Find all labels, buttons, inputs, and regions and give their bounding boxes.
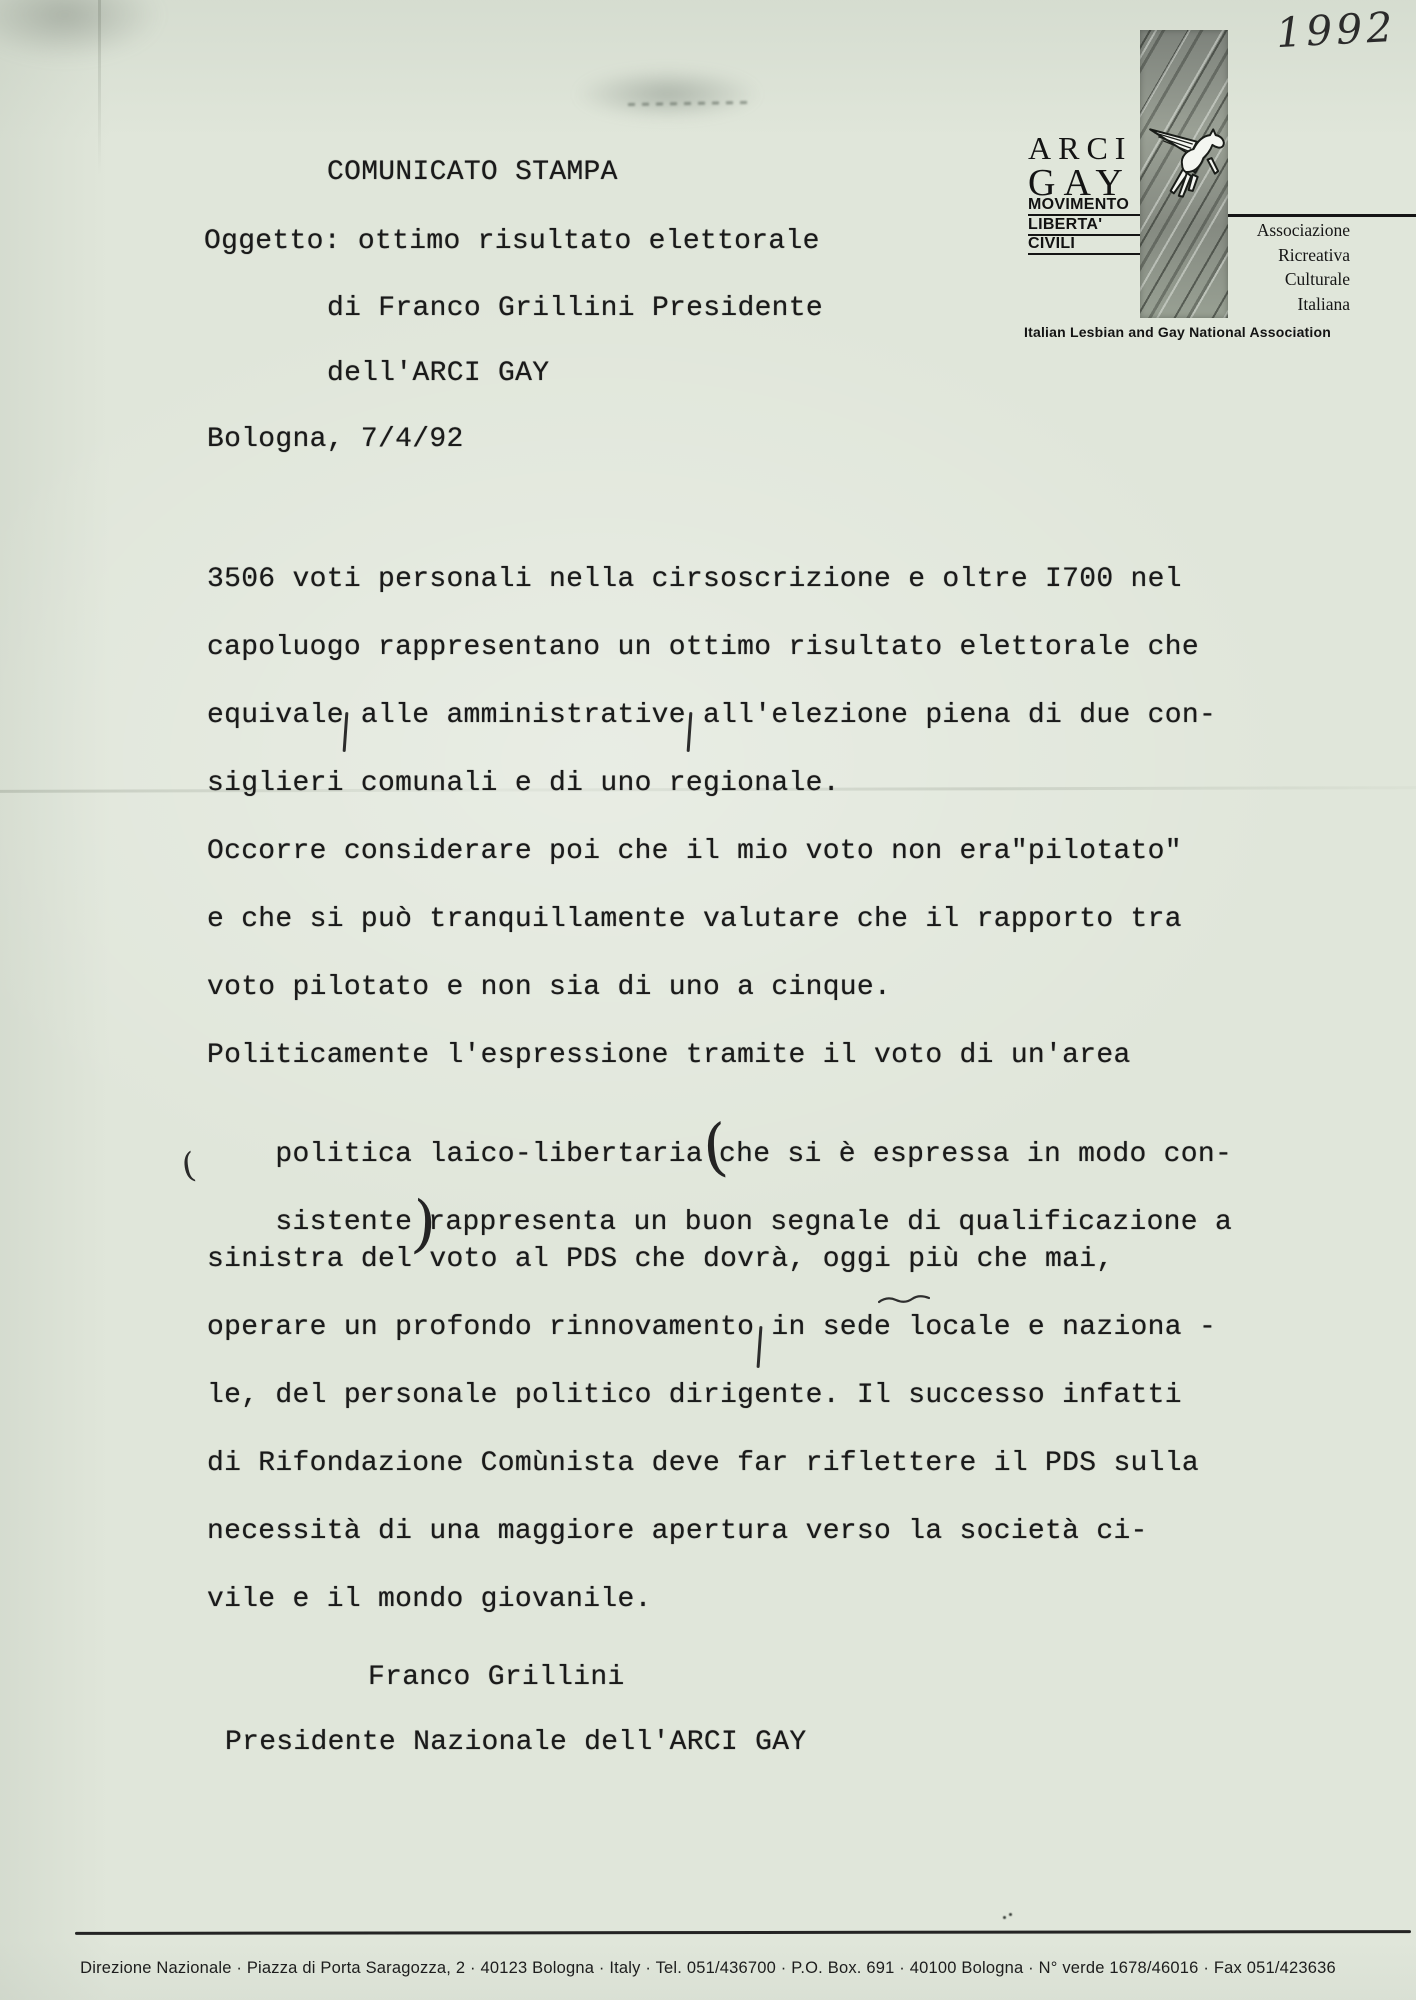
body-line: capoluogo rappresentano un ottimo risult…	[207, 632, 1199, 663]
footer-address: Direzione Nazionale · Piazza di Porta Sa…	[0, 1959, 1416, 1978]
body-line: siglieri comunali e di uno regionale.	[207, 768, 840, 799]
body-line: Occorre considerare poi che il mio voto …	[207, 836, 1182, 867]
press-release-title: COMUNICATO STAMPA	[327, 157, 618, 188]
logo-movement-item: CIVILI	[1028, 236, 1140, 255]
logo-horizontal-rule	[1228, 214, 1416, 217]
body-line: necessità di una maggiore apertura verso…	[207, 1516, 1148, 1547]
body-line-text: rappresenta un buon segnale di qualifica…	[428, 1207, 1232, 1238]
paper-corner-shade	[0, 0, 160, 60]
paper-speck	[1003, 1916, 1006, 1919]
logo-movement-list: MOVIMENTO LIBERTA' CIVILI	[1028, 197, 1140, 256]
body-line: e che si può tranquillamente valutare ch…	[207, 904, 1182, 935]
body-line: vile e il mondo giovanile.	[207, 1584, 652, 1615]
body-line: operare un profondo rinnovamento in sede…	[207, 1312, 1216, 1343]
logo-association-name: Associazione Ricreativa Culturale Italia…	[1226, 218, 1350, 316]
logo-movement-item: MOVIMENTO	[1028, 197, 1140, 216]
paper-crease-vertical	[98, 0, 101, 175]
signature-name: Franco Grillini	[368, 1662, 625, 1693]
body-line: sinistra del voto al PDS che dovrà, oggi…	[207, 1244, 1113, 1275]
handwritten-paren-open: (	[703, 1147, 719, 1148]
paper-smudge	[575, 68, 760, 120]
footer-rule	[75, 1930, 1411, 1935]
association-line: Italiana	[1226, 292, 1350, 317]
association-line: Culturale	[1226, 267, 1350, 292]
body-line: voto pilotato e non sia di uno a cinque.	[207, 972, 891, 1003]
body-line: Politicamente l'espressione tramite il v…	[207, 1040, 1131, 1071]
handwritten-margin-paren: (	[179, 1145, 198, 1187]
subject-line: dell'ARCI GAY	[327, 358, 549, 389]
handwritten-year: 1992	[1275, 3, 1398, 57]
association-line: Associazione	[1226, 218, 1350, 243]
association-line: Ricreativa	[1226, 243, 1350, 268]
handwritten-tilde-mark	[878, 1294, 930, 1306]
body-line: equivale alle amministrative all'elezion…	[207, 700, 1216, 731]
body-line: le, del personale politico dirigente. Il…	[207, 1380, 1182, 1411]
pegasus-icon	[1146, 124, 1228, 202]
handwritten-paren-close: )	[412, 1223, 428, 1224]
subject-line: Oggetto: ottimo risultato elettorale	[204, 226, 820, 257]
body-line: di Rifondazione Comùnista deve far rifle…	[207, 1448, 1199, 1479]
signature-title: Presidente Nazionale dell'ARCI GAY	[225, 1727, 807, 1758]
document-page: 1992 ARCI GAY MOVIMENTO LIBERTA'	[0, 0, 1416, 2000]
logo-tagline: Italian Lesbian and Gay National Associa…	[1024, 324, 1364, 340]
body-line: 3506 voti personali nella cirsoscrizione…	[207, 564, 1182, 595]
subject-line: di Franco Grillini Presidente	[327, 293, 823, 324]
body-line-text: sistente	[275, 1207, 412, 1238]
body-line-text: politica laico-libertaria	[275, 1139, 703, 1170]
logo-movement-item: LIBERTA'	[1028, 217, 1140, 236]
dateline: Bologna, 7/4/92	[207, 424, 464, 455]
body-line-text: che si è espressa in modo con-	[719, 1139, 1232, 1170]
paper-speck	[1009, 1913, 1012, 1916]
